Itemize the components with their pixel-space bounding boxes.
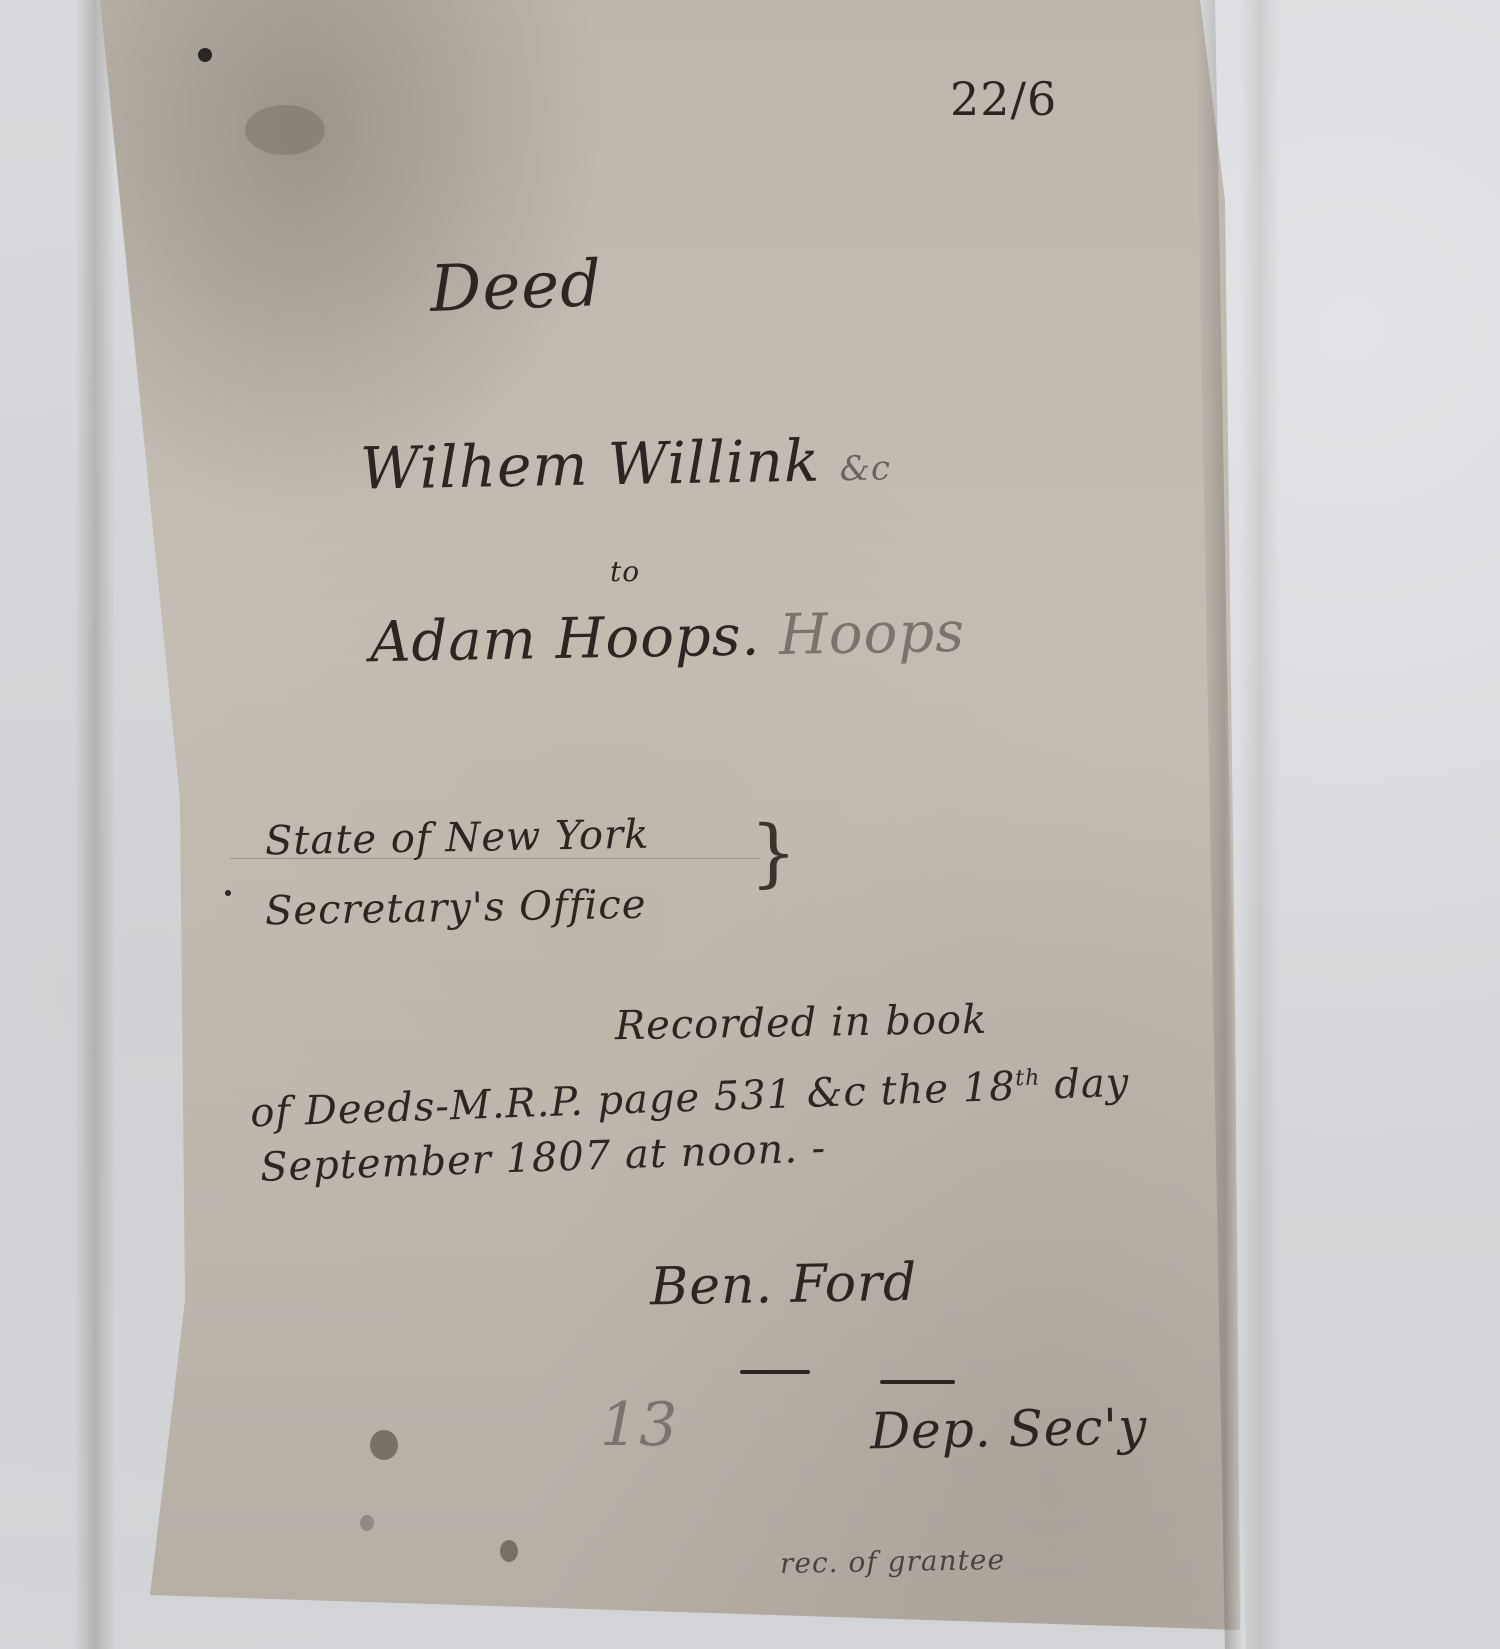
signature-title: Dep. Sec'y [870, 1398, 1148, 1461]
brace-mark: } [750, 810, 798, 896]
ink-dot [198, 48, 212, 62]
signature-name: Ben. Ford [649, 1253, 917, 1318]
bottom-note: rec. of grantee [780, 1543, 1006, 1580]
sheet-fold-left [75, 0, 115, 1649]
recording-line-1: State of New York [265, 812, 650, 865]
grantor-suffix: &c [839, 448, 891, 489]
faint-marks: 13 [600, 1390, 678, 1460]
ink-dot [225, 890, 231, 896]
recording-line-2: Secretary's Office [265, 882, 647, 935]
signature-underline [740, 1370, 810, 1374]
grantee-name: Adam Hoops. Hoops [369, 600, 965, 675]
stain-smudge [245, 105, 325, 155]
document-title: Deed [429, 247, 604, 327]
grantor-name: Wilhem Willink &c [359, 425, 891, 502]
ordinal-superscript: th [1015, 1065, 1041, 1091]
sheet-fold-right [1240, 0, 1280, 1649]
recording-line-3: Recorded in book [615, 997, 988, 1049]
stain-spot [370, 1430, 398, 1460]
recording-line-4-suffix: day [1040, 1060, 1130, 1109]
stain-spot [360, 1515, 374, 1531]
connector-to: to [610, 555, 640, 588]
docket-number: 22/6 [950, 72, 1057, 126]
signature-underline [880, 1380, 955, 1384]
grantee-text: Adam Hoops [369, 604, 742, 675]
stain-spot [500, 1540, 518, 1562]
grantor-text: Wilhem Willink [359, 427, 820, 503]
grantee-repeat: Hoops [778, 600, 965, 668]
